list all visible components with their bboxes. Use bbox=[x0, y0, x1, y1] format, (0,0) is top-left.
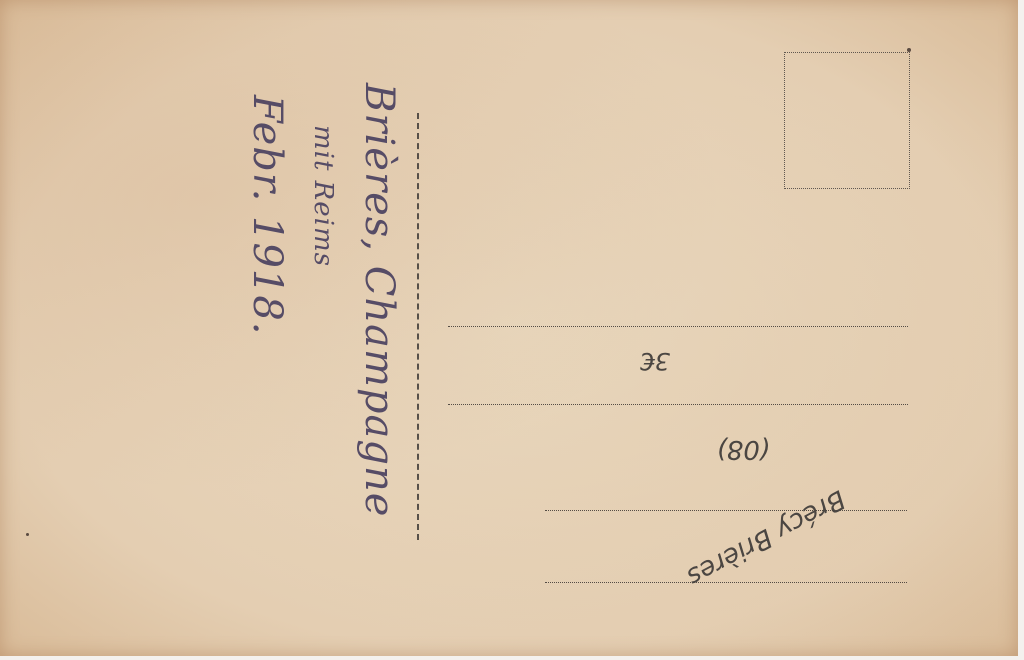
address-line-4 bbox=[545, 582, 907, 583]
message-line-date: Febr. 1918. bbox=[244, 95, 290, 336]
scan-edge-right bbox=[1018, 0, 1024, 660]
stamp-box bbox=[784, 52, 910, 189]
message-line-subtitle: mit Reims bbox=[308, 125, 338, 267]
pencil-department: (08) bbox=[717, 434, 770, 464]
postcard-back: Brières, Champagne mit Reims Febr. 1918.… bbox=[0, 0, 1018, 656]
scan-edge-bottom bbox=[0, 656, 1024, 660]
pencil-annotation: 3€ Brécy Brières (08) bbox=[620, 320, 850, 550]
pencil-place-name: Brécy Brières bbox=[682, 484, 850, 592]
message-line-location: Brières, Champagne bbox=[356, 83, 402, 517]
handwritten-message: Brières, Champagne mit Reims Febr. 1918. bbox=[190, 75, 410, 605]
paper-speck bbox=[26, 533, 29, 536]
pencil-price: 3€ bbox=[639, 347, 670, 375]
message-address-divider bbox=[417, 113, 419, 540]
paper-speck bbox=[907, 48, 911, 52]
